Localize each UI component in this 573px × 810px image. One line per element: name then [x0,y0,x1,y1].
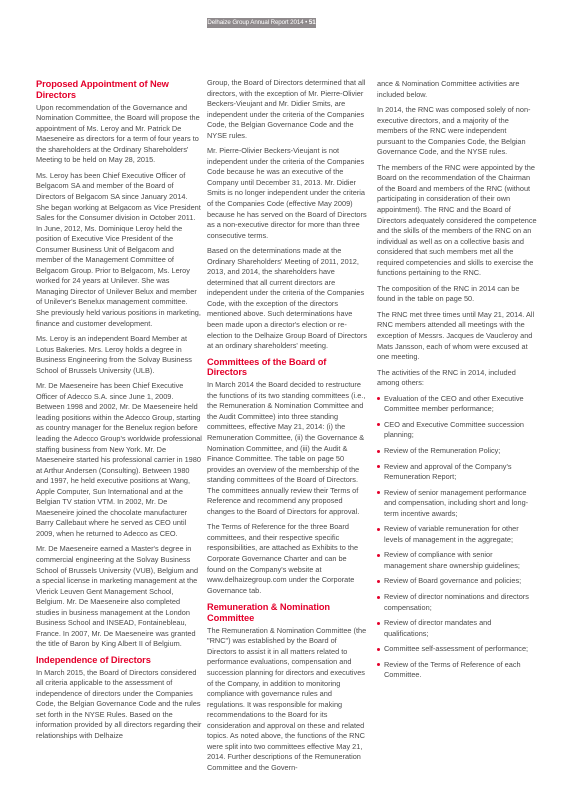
column-left: Proposed Appointment of New Directors Up… [36,79,202,747]
paragraph: Mr. Pierre-Olivier Beckers-Vieujant is n… [207,146,367,241]
list-item: Evaluation of the CEO and other Executiv… [377,394,537,415]
paragraph: In March 2014 the Board decided to restr… [207,380,367,517]
paragraph: Based on the determinations made at the … [207,246,367,351]
paragraph: Mr. De Maeseneire has been Chief Executi… [36,381,202,539]
paragraph: Mr. De Maeseneire earned a Master's degr… [36,544,202,649]
list-item: Review of senior management performance … [377,488,537,520]
paragraph: ance & Nomination Committee activities a… [377,79,537,100]
page-number: 51 [309,19,316,26]
rnc-activities-list: Evaluation of the CEO and other Executiv… [377,394,537,681]
paragraph: Upon recommendation of the Governance an… [36,103,202,166]
paragraph: The activities of the RNC in 2014, inclu… [377,368,537,389]
running-header: Delhaize Group Annual Report 2014 • 51 [207,18,316,28]
list-item: Review of compliance with senior managem… [377,550,537,571]
list-item: Review of director mandates and qualific… [377,618,537,639]
report-title: Delhaize Group Annual Report 2014 [207,19,303,26]
list-item: Review of the Terms of Reference of each… [377,660,537,681]
list-item: Review of Board governance and policies; [377,576,537,587]
list-item: Review of variable remuneration for othe… [377,524,537,545]
paragraph: The Remuneration & Nomination Committee … [207,626,367,774]
list-item: Review of the Remuneration Policy; [377,446,537,457]
paragraph: The RNC met three times until May 21, 20… [377,310,537,363]
column-middle: Group, the Board of Directors determined… [207,78,367,778]
paragraph: The Terms of Reference for the three Boa… [207,522,367,596]
paragraph: The composition of the RNC in 2014 can b… [377,284,537,305]
paragraph: Ms. Leroy is an independent Board Member… [36,334,202,376]
list-item: Review and approval of the Company's Rem… [377,462,537,483]
paragraph: In March 2015, the Board of Directors co… [36,668,202,742]
paragraph: Ms. Leroy has been Chief Executive Offic… [36,171,202,329]
paragraph: Group, the Board of Directors determined… [207,78,367,141]
column-right: ance & Nomination Committee activities a… [377,79,537,686]
paragraph: The members of the RNC were appointed by… [377,163,537,279]
heading-independence-of-directors: Independence of Directors [36,655,202,666]
list-item: Review of director nominations and direc… [377,592,537,613]
list-item: CEO and Executive Committee succession p… [377,420,537,441]
header-separator: • [305,19,307,26]
heading-proposed-appointment: Proposed Appointment of New Directors [36,79,202,101]
paragraph: In 2014, the RNC was composed solely of … [377,105,537,158]
heading-remuneration-nomination-committee: Remuneration & Nomination Committee [207,602,367,624]
list-item: Committee self-assessment of performance… [377,644,537,655]
heading-committees-of-board: Committees of the Board of Directors [207,357,367,379]
